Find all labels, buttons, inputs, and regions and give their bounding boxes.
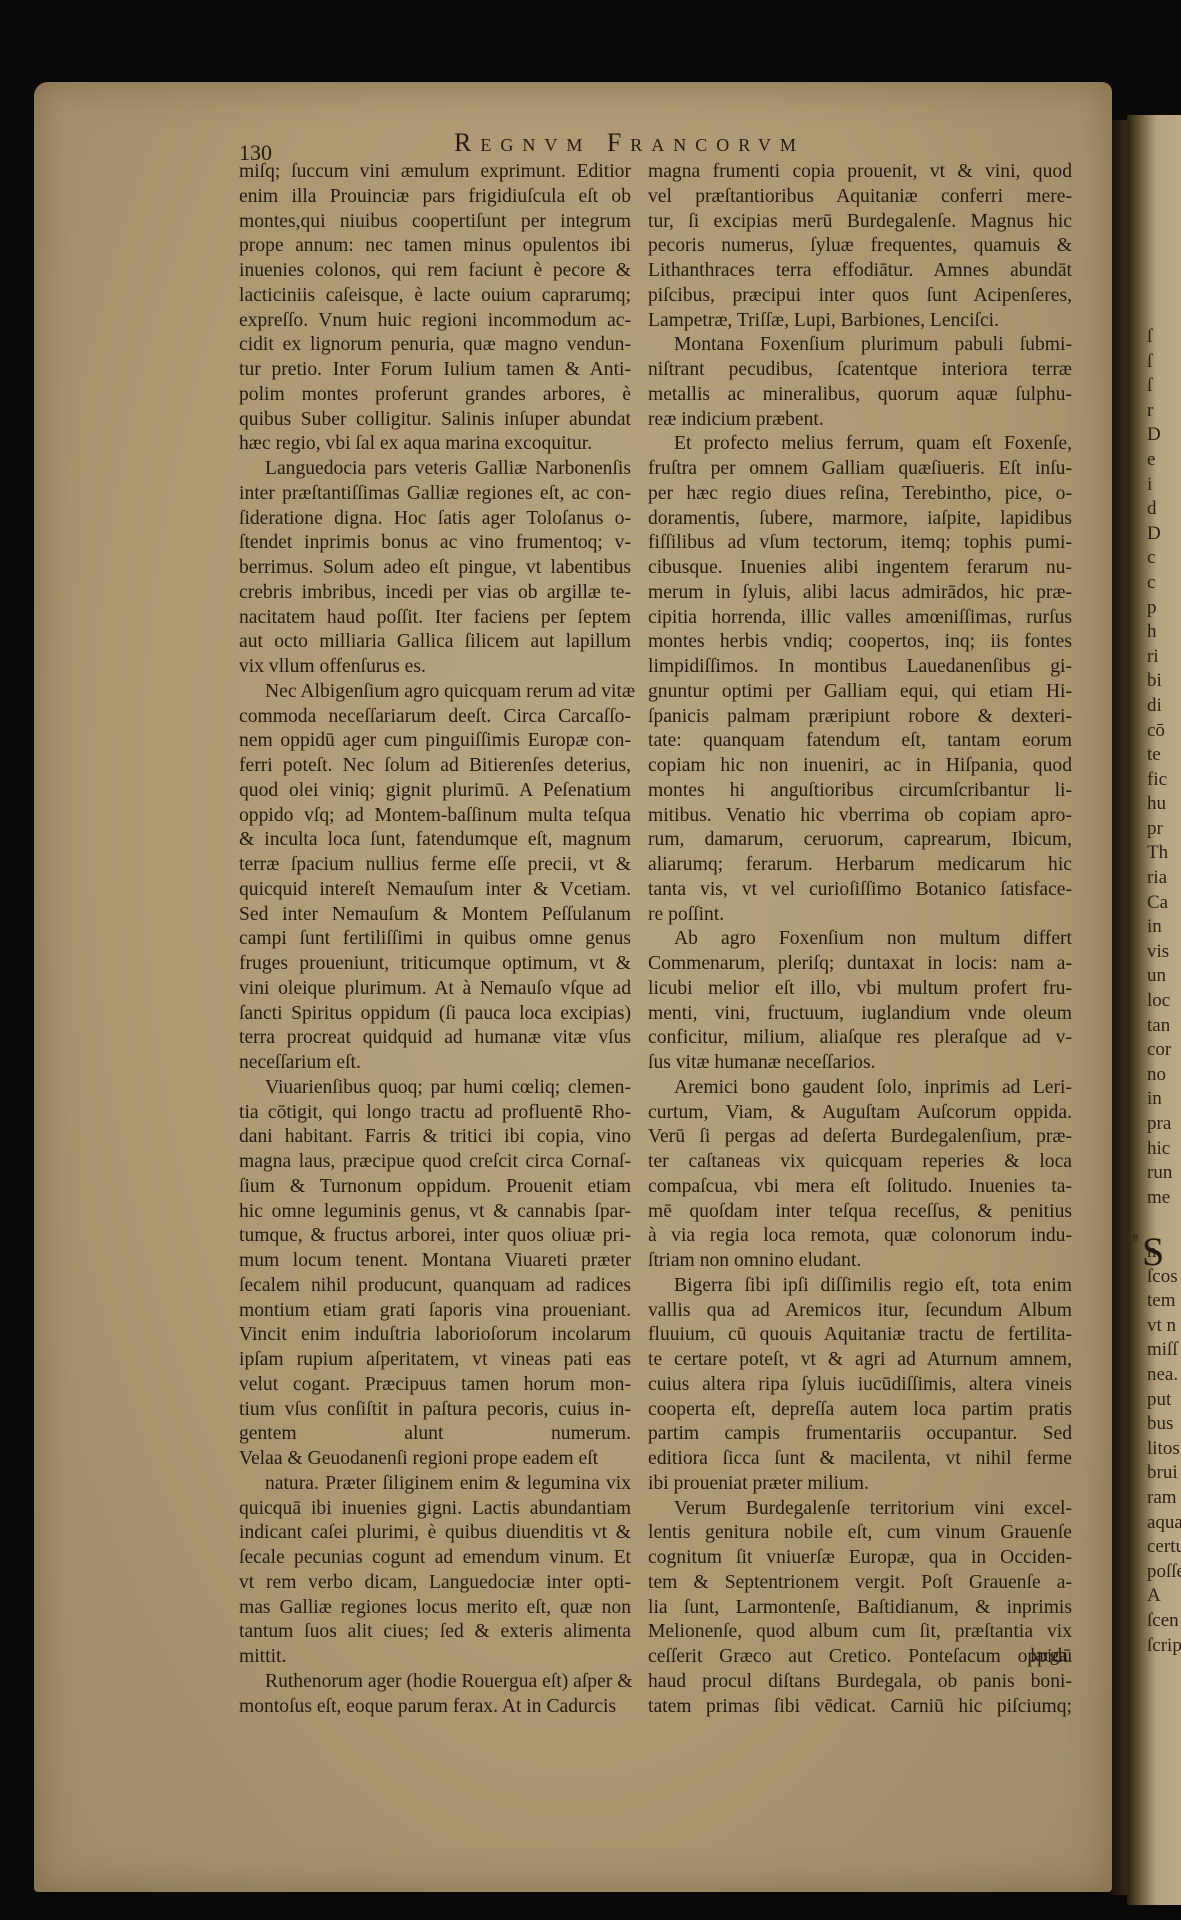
decorative-initial: S	[1142, 1228, 1164, 1275]
text-line: cipitia horrenda, illic valles amœniſſim…	[648, 606, 1072, 631]
text-line: Verū ſi pergas ad deſerta Burdegalenſium…	[648, 1125, 1072, 1150]
left-column: miſq; ſuccum vini æmulum exprimunt. Edit…	[239, 160, 631, 1719]
text-line: velut cogant. Præcipuus tamen horum mon-	[239, 1373, 631, 1398]
text-line: tium vſus conſiſtit in paſtura pecoris, …	[239, 1398, 631, 1423]
text-line: per hæc regio diues reſina, Terebintho, …	[648, 482, 1072, 507]
text-line: enim illa Prouinciæ pars frigidiuſcula e…	[239, 185, 631, 210]
text-line: ferri poteſt. Nec ſolum ad Bitierenſes d…	[239, 754, 631, 779]
text-line: menti, vini, fructuum, iuglandium vnde o…	[648, 1002, 1072, 1027]
text-line: fluuium, cū quouis Aquitaniæ tractu de f…	[648, 1323, 1072, 1348]
text-line: mē quoſdam inter teſqua receſſus, & peni…	[648, 1200, 1072, 1225]
text-line: Vincit enim induſtria laborioſorum incol…	[239, 1323, 631, 1348]
text-line: mas Galliæ regiones locus merito eſt, qu…	[239, 1596, 631, 1621]
text-line: compaſcua, vbi mera eſt ſolitudo. Inueni…	[648, 1175, 1072, 1200]
text-line: aut octo milliaria Gallica ſilicem aut l…	[239, 630, 631, 655]
text-line: Bigerra ſibi ipſi diſſimilis regio eſt, …	[648, 1274, 1072, 1299]
text-line: crebris imbribus, incedi per vias ob arg…	[239, 581, 631, 606]
text-line: Commenarum, pleriſq; duntaxat in locis: …	[648, 952, 1072, 977]
text-line: ſideratione digna. Hoc ſatis ager Toloſa…	[239, 507, 631, 532]
text-line: tate: quanquam fatendum eſt, tantam eoru…	[648, 729, 1072, 754]
text-line: ipſam rupium aſperitatem, vt vineas pati…	[239, 1348, 631, 1373]
text-line: niſtrant pecudibus, ſcatentque interiora…	[648, 358, 1072, 383]
text-line: ſpanicis palmam præripiunt robore & dext…	[648, 705, 1072, 730]
text-line: curtum, Viam, & Auguſtam Auſcorum oppida…	[648, 1101, 1072, 1126]
text-line: ſecale pecunias cogunt ad emendum vinum.…	[239, 1546, 631, 1571]
text-line: montium etiam grati ſaporis vina proueni…	[239, 1299, 631, 1324]
running-title: Regnvm Francorvm	[454, 128, 805, 158]
text-line: tatem primas ſibi vēdicat. Carniū hic pi…	[648, 1695, 1072, 1720]
text-line: berrimus. Solum adeo eſt pingue, vt labe…	[239, 556, 631, 581]
text-line: licubi melior eſt illo, vbi multum profe…	[648, 977, 1072, 1002]
text-line: ter caſtaneas vix quicquam reperies & lo…	[648, 1150, 1072, 1175]
text-line: indicant caſei plurimi, è quibus diuendi…	[239, 1521, 631, 1546]
text-line: piſcibus, præcipui inter quos ſunt Acipe…	[648, 284, 1072, 309]
text-line: Et profecto melius ferrum, quam eſt Foxe…	[648, 432, 1072, 457]
text-line: inter præſtantiſſimas Galliæ regiones eſ…	[239, 482, 631, 507]
text-line: ceſſerit Græco aut Cretico. Ponteſacum o…	[648, 1645, 1072, 1670]
facing-page-text-lower: n ſcos tem vt n miſſ nea. put bus litos …	[1147, 1240, 1181, 1658]
text-line: cooperta eſt, depreſſa autem loca partim…	[648, 1398, 1072, 1423]
text-line: tanta vis, vt vel curioſiſſimo Botanico …	[648, 878, 1072, 903]
text-line: cognitum ſit vniuerſæ Europæ, qua in Occ…	[648, 1546, 1072, 1571]
text-line: tumque, & fructus arborei, inter quos ol…	[239, 1224, 631, 1249]
text-line: montes hi anguſtioribus circumſcribantur…	[648, 779, 1072, 804]
text-line: magna laus, præcipue quod creſcit circa …	[239, 1150, 631, 1175]
text-line: quicquā ibi inuenies gigni. Lactis abund…	[239, 1497, 631, 1522]
text-line: merum in ſyluis, alibi lacus admirādos, …	[648, 581, 1072, 606]
text-line: expreſſo. Vnum huic regioni incommodum a…	[239, 309, 631, 334]
text-line: terræ ſpacium nullius ferme eſſe precii,…	[239, 853, 631, 878]
text-line: oppido vſq; ad Montem-baſſinum multa teſ…	[239, 804, 631, 829]
text-line: editiora ſicca ſunt & macilenta, vt nihi…	[648, 1447, 1072, 1472]
text-line: rum, damarum, ceruorum, caprearum, Ibicu…	[648, 828, 1072, 853]
text-line: ſtriam non omnino eludant.	[648, 1249, 1072, 1274]
text-line: lacticiniis caſeisque, è lacte ouium cap…	[239, 284, 631, 309]
text-line: Lithanthraces terra effodiātur. Amnes ab…	[648, 259, 1072, 284]
text-line: ſancti Spiritus oppidum (ſi pauca loca e…	[239, 1002, 631, 1027]
text-line: dani habitant. Farris & tritici ibi copi…	[239, 1125, 631, 1150]
text-line: tia cōtigit, qui longo tractu ad proflue…	[239, 1101, 631, 1126]
text-line: fiſſilibus ad vſum tectorum, itemq; toph…	[648, 531, 1072, 556]
text-line: conficitur, milium, aliaſque res pleraſq…	[648, 1026, 1072, 1051]
text-line: montoſus eſt, eoque parum ferax. At in C…	[239, 1695, 631, 1720]
text-line: Montana Foxenſium plurimum pabuli ſubmi-	[648, 333, 1072, 358]
text-line: gentem alunt numerum.	[239, 1422, 631, 1447]
text-line: & inculta loca ſunt, fatendumque eſt, ma…	[239, 828, 631, 853]
right-column: magna frumenti copia prouenit, vt & vini…	[648, 160, 1072, 1719]
text-line: nem oppidū ager cum pinguiſſimis Europæ …	[239, 729, 631, 754]
text-line: metallis ac mineralibus, quorum aquæ ſul…	[648, 383, 1072, 408]
text-line: partim campis frumentariis occupantur. S…	[648, 1422, 1072, 1447]
text-line: tur pretio. Inter Forum Iulium tamen & A…	[239, 358, 631, 383]
text-line: inuenies colonos, qui rem faciunt è peco…	[239, 259, 631, 284]
text-line: Verum Burdegalenſe territorium vini exce…	[648, 1497, 1072, 1522]
text-line: hæc regio, vbi ſal ex aqua marina excoqu…	[239, 432, 631, 457]
text-line: reæ indicium præbent.	[648, 408, 1072, 433]
text-line: pecoris numerus, ſyluæ frequentes, quamu…	[648, 234, 1072, 259]
text-line: à via regia loca remota, quæ colonorum i…	[648, 1224, 1072, 1249]
marginal-number: 8	[1133, 1232, 1139, 1244]
text-line: Melionenſe, quod album cum ſit, præſtant…	[648, 1620, 1072, 1645]
text-line: montes,qui niuibus coopertiſunt per inte…	[239, 210, 631, 235]
text-line: campi ſunt fertiliſſimi in quibus omne g…	[239, 927, 631, 952]
text-line: quod olei viniq; gignit plurimū. A Peſen…	[239, 779, 631, 804]
text-line: ſus vitæ humanæ neceſſarios.	[648, 1051, 1072, 1076]
text-line: cuius altera ripa ſyluis iucūdiſſimis, a…	[648, 1373, 1072, 1398]
text-line: terra procreat quidquid ad humanæ vitæ v…	[239, 1026, 631, 1051]
text-line: lia ſunt, Larmontenſe, Baſtidianum, & in…	[648, 1596, 1072, 1621]
text-line: haud procul diſtans Burdegala, ob panis …	[648, 1670, 1072, 1695]
text-line: tem & Septentrionem vergit. Poſt Grauenſ…	[648, 1571, 1072, 1596]
facing-page-edge: ſ ſ ſ r D e i d D c c p h ri bi di cō te…	[1127, 115, 1181, 1905]
running-head: 130 Regnvm Francorvm	[239, 128, 1072, 158]
facing-page-text-upper: ſ ſ ſ r D e i d D c c p h ri bi di cō te…	[1147, 325, 1172, 1210]
text-line: quibus Suber colligitur. Salinis inſuper…	[239, 408, 631, 433]
catchword: larga	[1030, 1645, 1068, 1667]
text-line: Lampetræ, Triſſæ, Lupi, Barbiones, Lenci…	[648, 309, 1072, 334]
text-line: miſq; ſuccum vini æmulum exprimunt. Edit…	[239, 160, 631, 185]
text-line: mittit.	[239, 1645, 631, 1670]
text-line: Languedocia pars veteris Galliæ Narbonen…	[239, 457, 631, 482]
text-line: polim montes proferunt grandes arbores, …	[239, 383, 631, 408]
text-line: mum locum tenent. Montana Viuareti præte…	[239, 1249, 631, 1274]
text-line: doramentis, ſubere, marmore, iaſpite, la…	[648, 507, 1072, 532]
text-line: cibusque. Inuenies alibi ingentem feraru…	[648, 556, 1072, 581]
text-line: commoda neceſſariarum deeſt. Circa Carca…	[239, 705, 631, 730]
text-line: aliarumq; ferarum. Herbarum medicarum hi…	[648, 853, 1072, 878]
text-line: lentis genitura nobile eſt, cum vinum Gr…	[648, 1521, 1072, 1546]
text-line: vel præſtantioribus Aquitaniæ conferri m…	[648, 185, 1072, 210]
text-line: Nec Albigenſium agro quicquam rerum ad v…	[239, 680, 631, 705]
text-line: te certare poteſt, vt & agri ad Aturnum …	[648, 1348, 1072, 1373]
text-line: mitibus. Venatio hic vberrima ob copiam …	[648, 804, 1072, 829]
text-line: neceſſarium eſt.	[239, 1051, 631, 1076]
text-line: vini oleique plurimum. At à Nemauſo vſqu…	[239, 977, 631, 1002]
text-line: Ruthenorum ager (hodie Rouergua eſt) aſp…	[239, 1670, 631, 1695]
text-line: tantum ſuos alit ciues; ſed & exteris al…	[239, 1620, 631, 1645]
text-line: vix vllum offenſurus es.	[239, 655, 631, 680]
text-line: prope annum: nec tamen minus opulentos i…	[239, 234, 631, 259]
text-line: cidit ex lignorum penuria, quæ magno ven…	[239, 333, 631, 358]
text-line: ibi proueniat præter milium.	[648, 1472, 1072, 1497]
text-line: ſecalem nihil producunt, quanquam ad rad…	[239, 1274, 631, 1299]
text-line: quicquid intereſt Nemauſum inter & Vceti…	[239, 878, 631, 903]
text-line: Viuarienſibus quoq; par humi cœliq; clem…	[239, 1076, 631, 1101]
text-line: copiam hic non inueniri, ac in Hiſpania,…	[648, 754, 1072, 779]
text-line: re poſſint.	[648, 903, 1072, 928]
text-line: fruges proueniunt, triticumque optimum, …	[239, 952, 631, 977]
text-line: Aremici bono gaudent ſolo, inprimis ad L…	[648, 1076, 1072, 1101]
text-line: ſtendet inprimis bonus ac vino frumentoq…	[239, 531, 631, 556]
text-line: magna frumenti copia prouenit, vt & vini…	[648, 160, 1072, 185]
text-line: natura. Præter ſiliginem enim & legumina…	[239, 1472, 631, 1497]
text-line: Velaa & Geuodanenſi regioni prope eadem …	[239, 1447, 631, 1472]
text-line: vallis qua ad Aremicos itur, ſecundum Al…	[648, 1299, 1072, 1324]
text-line: tur, ſi excipias merū Burdegalenſe. Magn…	[648, 210, 1072, 235]
text-line: limpidiſſimos. In montibus Lauedanenſibu…	[648, 655, 1072, 680]
text-line: hic omne leguminis genus, vt & cannabis …	[239, 1200, 631, 1225]
text-line: Sed inter Nemauſum & Montem Peſſulanum	[239, 903, 631, 928]
text-line: Ab agro Foxenſium non multum differt	[648, 927, 1072, 952]
text-line: ſium & Turnonum oppidum. Prouenit etiam	[239, 1175, 631, 1200]
text-line: montes herbis vndiq; coopertos, inq; iis…	[648, 630, 1072, 655]
text-line: fruſtra per omnem Galliam quæſiueris. Eſ…	[648, 457, 1072, 482]
text-line: nacitatem haud poſſit. Iter faciens per …	[239, 606, 631, 631]
text-line: vt rem verbo dicam, Languedociæ inter op…	[239, 1571, 631, 1596]
text-line: gnuntur optimi per Galliam equi, qui eti…	[648, 680, 1072, 705]
